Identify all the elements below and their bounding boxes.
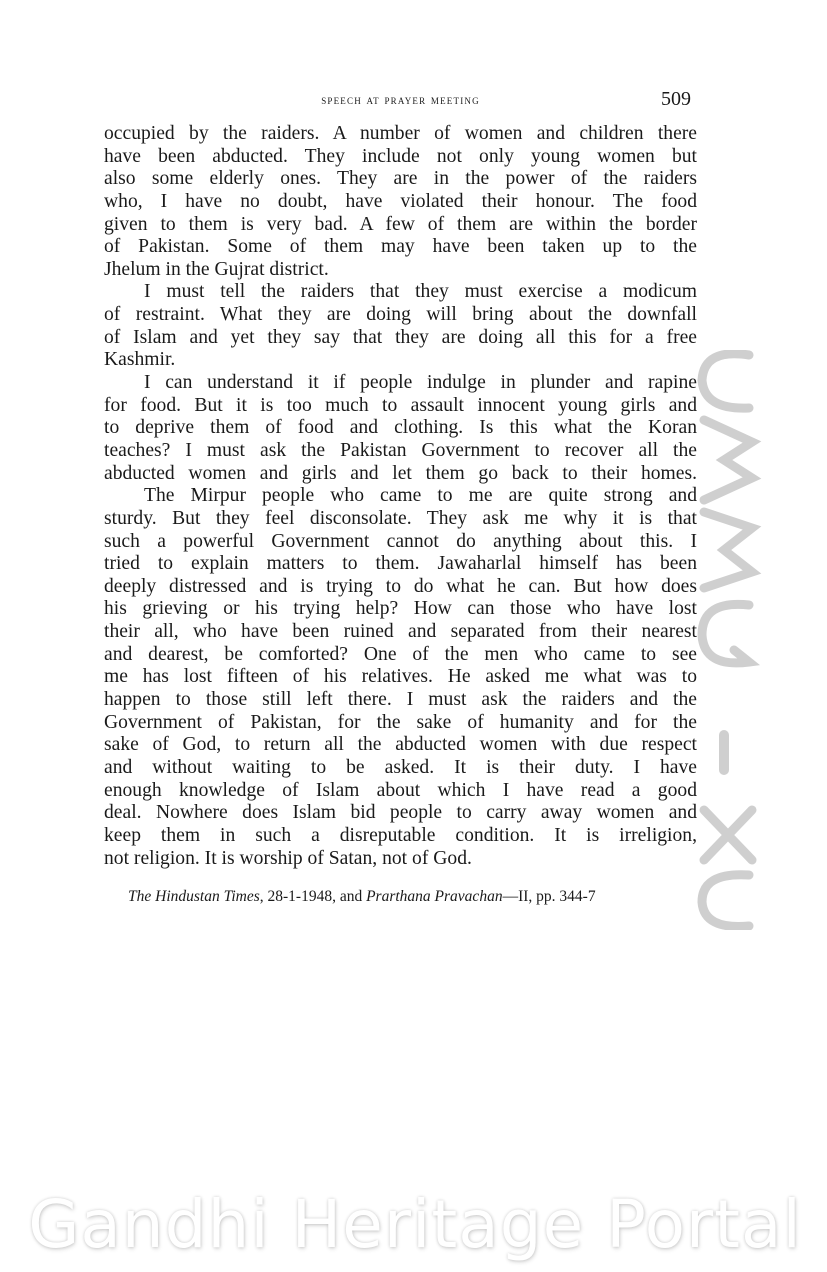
text-line: and dearest, be comforted? One of the me… (104, 644, 697, 667)
body-text: occupied by the raiders. A number of wom… (104, 123, 697, 870)
citation-pages: —II, pp. 344-7 (503, 888, 596, 905)
document-page: SPEECH AT PRAYER MEETING 509 (0, 0, 827, 1272)
text-line: have been abducted. They include not onl… (104, 146, 697, 169)
text-line: of Islam and yet they say that they are … (104, 327, 697, 350)
text-line: and without waiting to be asked. It is t… (104, 757, 697, 780)
text-line: deal. Nowhere does Islam bid people to c… (104, 802, 697, 825)
text-line: sturdy. But they feel disconsolate. They… (104, 508, 697, 531)
text-line: Kashmir. (104, 349, 697, 372)
text-line: to deprive them of food and clothing. Is… (104, 417, 697, 440)
running-head: SPEECH AT PRAYER MEETING 509 (104, 88, 697, 112)
cwmg-watermark-glyphs (694, 350, 764, 930)
text-line: his grieving or his trying help? How can… (104, 598, 697, 621)
text-line: enough knowledge of Islam about which I … (104, 780, 697, 803)
text-line: of restraint. What they are doing will b… (104, 304, 697, 327)
text-line: I must tell the raiders that they must e… (104, 281, 697, 304)
text-line: tried to explain matters to them. Jawaha… (104, 553, 697, 576)
citation-date: , 28-1-1948, and (260, 888, 366, 905)
text-line: The Mirpur people who came to me are qui… (104, 485, 697, 508)
text-line: of Pakistan. Some of them may have been … (104, 236, 697, 259)
text-line: who, I have no doubt, have violated thei… (104, 191, 697, 214)
text-line: their all, who have been ruined and sepa… (104, 621, 697, 644)
text-line: happen to those still left there. I must… (104, 689, 697, 712)
text-line: given to them is very bad. A few of them… (104, 214, 697, 237)
text-line: not religion. It is worship of Satan, no… (104, 848, 697, 871)
text-line: Jhelum in the Gujrat district. (104, 259, 697, 282)
citation-source-prarthana-pravachan: Prarthana Pravachan (366, 888, 502, 905)
text-line: sake of God, to return all the abducted … (104, 734, 697, 757)
text-line: deeply distressed and is trying to do wh… (104, 576, 697, 599)
citation-source-hindustan-times: The Hindustan Times (128, 888, 260, 905)
text-line: keep them in such a disreputable conditi… (104, 825, 697, 848)
text-line: abducted women and girls and let them go… (104, 463, 697, 486)
running-title: SPEECH AT PRAYER MEETING (104, 92, 697, 108)
text-line: teaches? I must ask the Pakistan Governm… (104, 440, 697, 463)
source-citation: The Hindustan Times, 28-1-1948, and Prar… (128, 888, 596, 906)
text-line: occupied by the raiders. A number of wom… (104, 123, 697, 146)
text-line: me has lost fifteen of his relatives. He… (104, 666, 697, 689)
text-line: for food. But it is too much to assault … (104, 395, 697, 418)
gandhi-heritage-portal-watermark: Gandhi Heritage Portal (10, 1186, 820, 1263)
text-line: such a powerful Government cannot do any… (104, 531, 697, 554)
text-line: Government of Pakistan, for the sake of … (104, 712, 697, 735)
text-line: I can understand it if people indulge in… (104, 372, 697, 395)
page-number: 509 (661, 88, 691, 111)
text-line: also some elderly ones. They are in the … (104, 168, 697, 191)
cwmg-watermark (694, 350, 764, 930)
